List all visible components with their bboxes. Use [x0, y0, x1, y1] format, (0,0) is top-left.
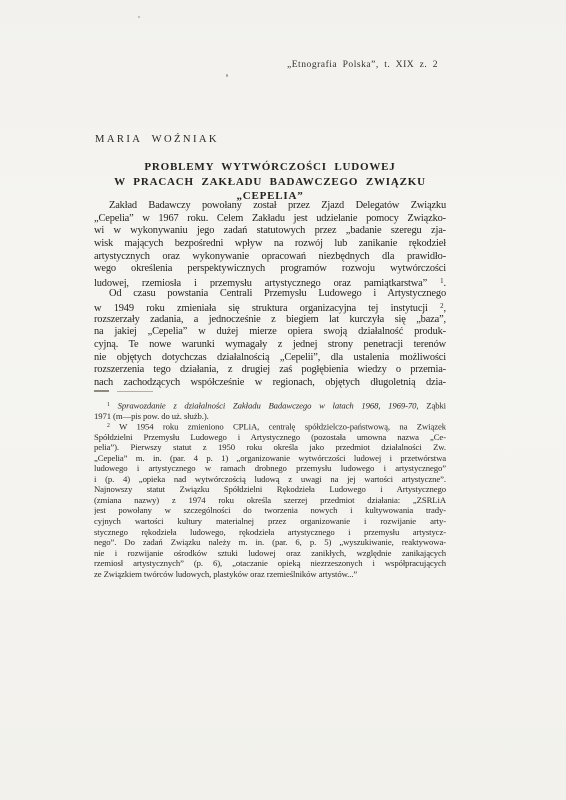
text-line: stycznego rękodzieła ludowego, rękodzieł…	[94, 527, 446, 538]
text-run: W 1954 roku zmieniono CPLiA, centralę sp…	[110, 422, 446, 432]
text-line: cyjnych wartości kultury materialnej prz…	[94, 516, 446, 527]
text-line: wego określenia perspektywicznych progra…	[94, 263, 446, 276]
text-run: ze Związkiem twórców ludowych, plastyków…	[94, 569, 357, 579]
text-line: (zmiana nazwy) z 1974 roku określa szerz…	[94, 495, 446, 506]
text-line: w 1949 roku zmieniała się struktura orga…	[94, 301, 446, 314]
separator-segment	[94, 390, 109, 392]
text-line: rozszerzały zadania, a jednocześnie z bi…	[94, 314, 446, 327]
text-line: 1 Sprawozdanie z działalności Zakładu Ba…	[94, 400, 446, 411]
text-line: ze Związkiem twórców ludowych, plastyków…	[94, 569, 446, 580]
text-line: jest powołany w szczególności do tworzen…	[94, 505, 446, 516]
text-run: rozszerzały zadania, a jednocześnie z bi…	[94, 314, 446, 325]
text-run: cyjnych wartości kultury materialnej prz…	[94, 516, 446, 526]
text-run: Spółdzielni Przemysłu Ludowego i Artysty…	[94, 432, 446, 442]
separator-segment	[117, 391, 153, 392]
text-run: w 1949 roku zmieniała się struktura orga…	[94, 303, 440, 314]
text-line: Spółdzielni Przemysłu Ludowego i Artysty…	[94, 432, 446, 443]
paragraph-2: Od czasu powstania Centrali Przemysłu Lu…	[94, 288, 446, 389]
footnote-1: 1 Sprawozdanie z działalności Zakładu Ba…	[94, 400, 446, 421]
text-run: Najnowszy statut Związku Spółdzielni Ręk…	[94, 484, 446, 494]
text-line: „Cepelia” m. in. (par. 4 p. 1) „organizo…	[94, 453, 446, 464]
text-line: wisk mających bezpośredni wpływ na rozwó…	[94, 238, 446, 251]
text-run: nie objętych dotychczas działalnością „C…	[94, 352, 446, 363]
text-line: ludowego i artystycznego w ramach drobne…	[94, 463, 446, 474]
paragraph-1: Zakład Badawczy powołany został przez Zj…	[94, 200, 446, 288]
text-run: nego”. Do zadań Związku należy m. in. (p…	[94, 537, 446, 547]
text-run: pelia”). Pierwszy statut z 1950 roku okr…	[94, 442, 446, 452]
title-line-1: PROBLEMY WYTWÓRCZOŚCI LUDOWEJ	[94, 160, 446, 175]
text-run: wi w wykonywaniu jego zadań statutowych …	[94, 225, 446, 236]
text-run: 1971 (m—pis pow. do uż. służb.).	[94, 411, 209, 421]
author-name: MARIA WOŹNIAK	[95, 134, 219, 145]
text-run	[110, 400, 118, 410]
text-line: nach zachodzących współcześnie w regiona…	[94, 377, 446, 390]
text-run: ludowego i artystycznego w ramach drobne…	[94, 463, 446, 473]
text-line: nie i rozwijanie ośrodków sztuki ludowej…	[94, 548, 446, 559]
text-line: nego”. Do zadań Związku należy m. in. (p…	[94, 537, 446, 548]
footnote-2: 2 W 1954 roku zmieniono CPLiA, centralę …	[94, 421, 446, 579]
journal-header: „Etnografia Polska”, t. XIX z. 2	[94, 59, 438, 70]
text-run: i (p. 4) „opieka nad wytwórczością ludow…	[94, 474, 446, 484]
text-run: cyjną. Te nowe warunki wymagały z jednej…	[94, 339, 446, 350]
text-run: .	[444, 278, 446, 289]
text-run: rzemiosł artystycznych” (p. 6), „otaczan…	[94, 558, 446, 568]
text-run: Zakład Badawczy powołany został przez Zj…	[109, 200, 446, 211]
footnotes: 1 Sprawozdanie z działalności Zakładu Ba…	[94, 400, 446, 579]
text-run: „Cepelia” w 1967 roku. Celem Zakładu jes…	[94, 213, 446, 224]
text-run: Od czasu powstania Centrali Przemysłu Lu…	[109, 288, 446, 299]
text-line: i (p. 4) „opieka nad wytwórczością ludow…	[94, 474, 446, 485]
text-line: ludowej, rzemiosła i przemysłu artystycz…	[94, 276, 446, 289]
text-line: „Cepelia” w 1967 roku. Celem Zakładu jes…	[94, 213, 446, 226]
text-line: na jakiej „Cepelia” w dużej mierze opier…	[94, 326, 446, 339]
text-line: Zakład Badawczy powołany został przez Zj…	[94, 200, 446, 213]
text-run: „Cepelia” m. in. (par. 4 p. 1) „organizo…	[94, 453, 446, 463]
text-run: nach zachodzących współcześnie w regiona…	[94, 377, 446, 388]
text-run: wego określenia perspektywicznych progra…	[94, 263, 446, 274]
text-line: Najnowszy statut Związku Spółdzielni Ręk…	[94, 484, 446, 495]
text-line: 1971 (m—pis pow. do uż. służb.).	[94, 411, 446, 422]
text-run: Ząbki	[419, 400, 447, 410]
text-line: rozszerzenia tego działania, z drugiej z…	[94, 364, 446, 377]
text-line: artystycznych oraz wykonywanie opracowań…	[94, 251, 446, 264]
text-line: nie objętych dotychczas działalnością „C…	[94, 352, 446, 365]
text-run: Sprawozdanie z działalności Zakładu Bada…	[118, 400, 419, 410]
page: „Etnografia Polska”, t. XIX z. 2 MARIA W…	[0, 0, 566, 800]
text-line: rzemiosł artystycznych” (p. 6), „otaczan…	[94, 558, 446, 569]
text-run: na jakiej „Cepelia” w dużej mierze opier…	[94, 326, 446, 337]
text-run: artystycznych oraz wykonywanie opracowań…	[94, 251, 446, 262]
text-run: rozszerzenia tego działania, z drugiej z…	[94, 364, 446, 375]
scan-speck	[226, 74, 228, 77]
text-run: stycznego rękodzieła ludowego, rękodzieł…	[94, 527, 446, 537]
text-line: cyjną. Te nowe warunki wymagały z jednej…	[94, 339, 446, 352]
text-run: ludowej, rzemiosła i przemysłu artystycz…	[94, 278, 440, 289]
scan-speck	[138, 16, 140, 18]
footnote-separator	[94, 390, 153, 393]
text-run: (zmiana nazwy) z 1974 roku określa szerz…	[94, 495, 446, 505]
text-run: wisk mających bezpośredni wpływ na rozwó…	[94, 238, 446, 249]
text-line: 2 W 1954 roku zmieniono CPLiA, centralę …	[94, 421, 446, 432]
text-line: Od czasu powstania Centrali Przemysłu Lu…	[94, 288, 446, 301]
text-run: jest powołany w szczególności do tworzen…	[94, 505, 446, 515]
article-body: Zakład Badawczy powołany został przez Zj…	[94, 200, 446, 390]
article-title: PROBLEMY WYTWÓRCZOŚCI LUDOWEJ W PRACACH …	[94, 160, 446, 204]
text-run: nie i rozwijanie ośrodków sztuki ludowej…	[94, 548, 446, 558]
text-run: ,	[444, 303, 446, 314]
text-line: wi w wykonywaniu jego zadań statutowych …	[94, 225, 446, 238]
text-line: pelia”). Pierwszy statut z 1950 roku okr…	[94, 442, 446, 453]
